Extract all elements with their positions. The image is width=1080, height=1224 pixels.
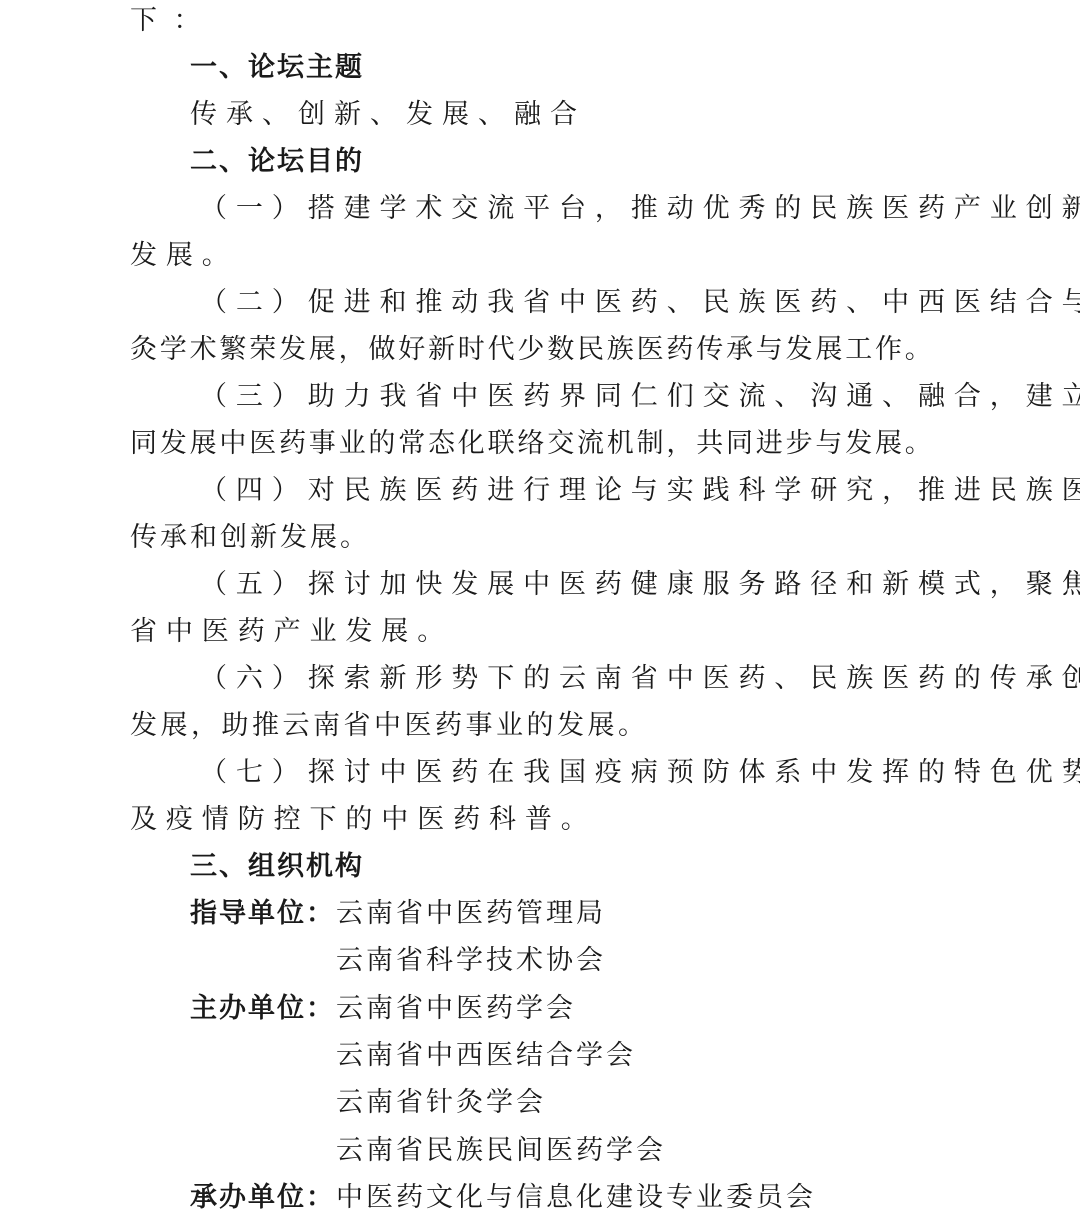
purpose-item-line: （四）对民族医药进行理论与实践科学研究，推进民族医药 bbox=[200, 474, 1080, 508]
theme-body: 传承、创新、发展、融合 bbox=[190, 98, 586, 132]
org-unit: 云南省针灸学会 bbox=[336, 1086, 546, 1120]
section-heading-purpose: 二、论坛目的 bbox=[190, 145, 364, 179]
org-unit: 云南省民族民间医药学会 bbox=[336, 1134, 666, 1168]
org-label: 指导单位： bbox=[190, 897, 336, 931]
purpose-item-line: 灸学术繁荣发展，做好新时代少数民族医药传承与发展工作。 bbox=[130, 333, 935, 367]
purpose-item-line: （三）助力我省中医药界同仁们交流、沟通、融合，建立共 bbox=[200, 380, 1080, 414]
org-unit: 云南省中医药学会 bbox=[336, 993, 576, 1024]
purpose-item-line: 传承和创新发展。 bbox=[130, 521, 370, 555]
purpose-item-line: 同发展中医药事业的常态化联络交流机制，共同进步与发展。 bbox=[130, 427, 935, 461]
purpose-item-line: （一）搭建学术交流平台，推动优秀的民族医药产业创新与 bbox=[200, 192, 1080, 226]
intro-tail-text: 下： bbox=[130, 4, 217, 38]
section-heading-organization: 三、组织机构 bbox=[190, 850, 364, 884]
org-label: 主办单位： bbox=[190, 992, 336, 1026]
org-unit: 云南省中西医结合学会 bbox=[336, 1039, 636, 1073]
section-heading-theme: 一、论坛主题 bbox=[190, 51, 364, 85]
org-unit: 云南省中医药管理局 bbox=[336, 898, 606, 929]
org-label: 承办单位： bbox=[190, 1181, 336, 1215]
purpose-item-line: 及疫情防控下的中医药科普。 bbox=[130, 803, 597, 837]
purpose-item-line: 省中医药产业发展。 bbox=[130, 615, 453, 649]
org-unit: 云南省科学技术协会 bbox=[336, 944, 606, 978]
purpose-item-line: 发展，助推云南省中医药事业的发展。 bbox=[130, 709, 649, 743]
org-unit: 中医药文化与信息化建设专业委员会 bbox=[336, 1182, 816, 1213]
purpose-item-line: （五）探讨加快发展中医药健康服务路径和新模式，聚焦我 bbox=[200, 568, 1080, 602]
purpose-item-line: （七）探讨中医药在我国疫病预防体系中发挥的特色优势以 bbox=[200, 756, 1080, 790]
purpose-item-line: （二）促进和推动我省中医药、民族医药、中西医结合与针 bbox=[200, 286, 1080, 320]
purpose-item-line: （六）探索新形势下的云南省中医药、民族医药的传承创新 bbox=[200, 662, 1080, 696]
purpose-item-line: 发展。 bbox=[130, 239, 238, 273]
